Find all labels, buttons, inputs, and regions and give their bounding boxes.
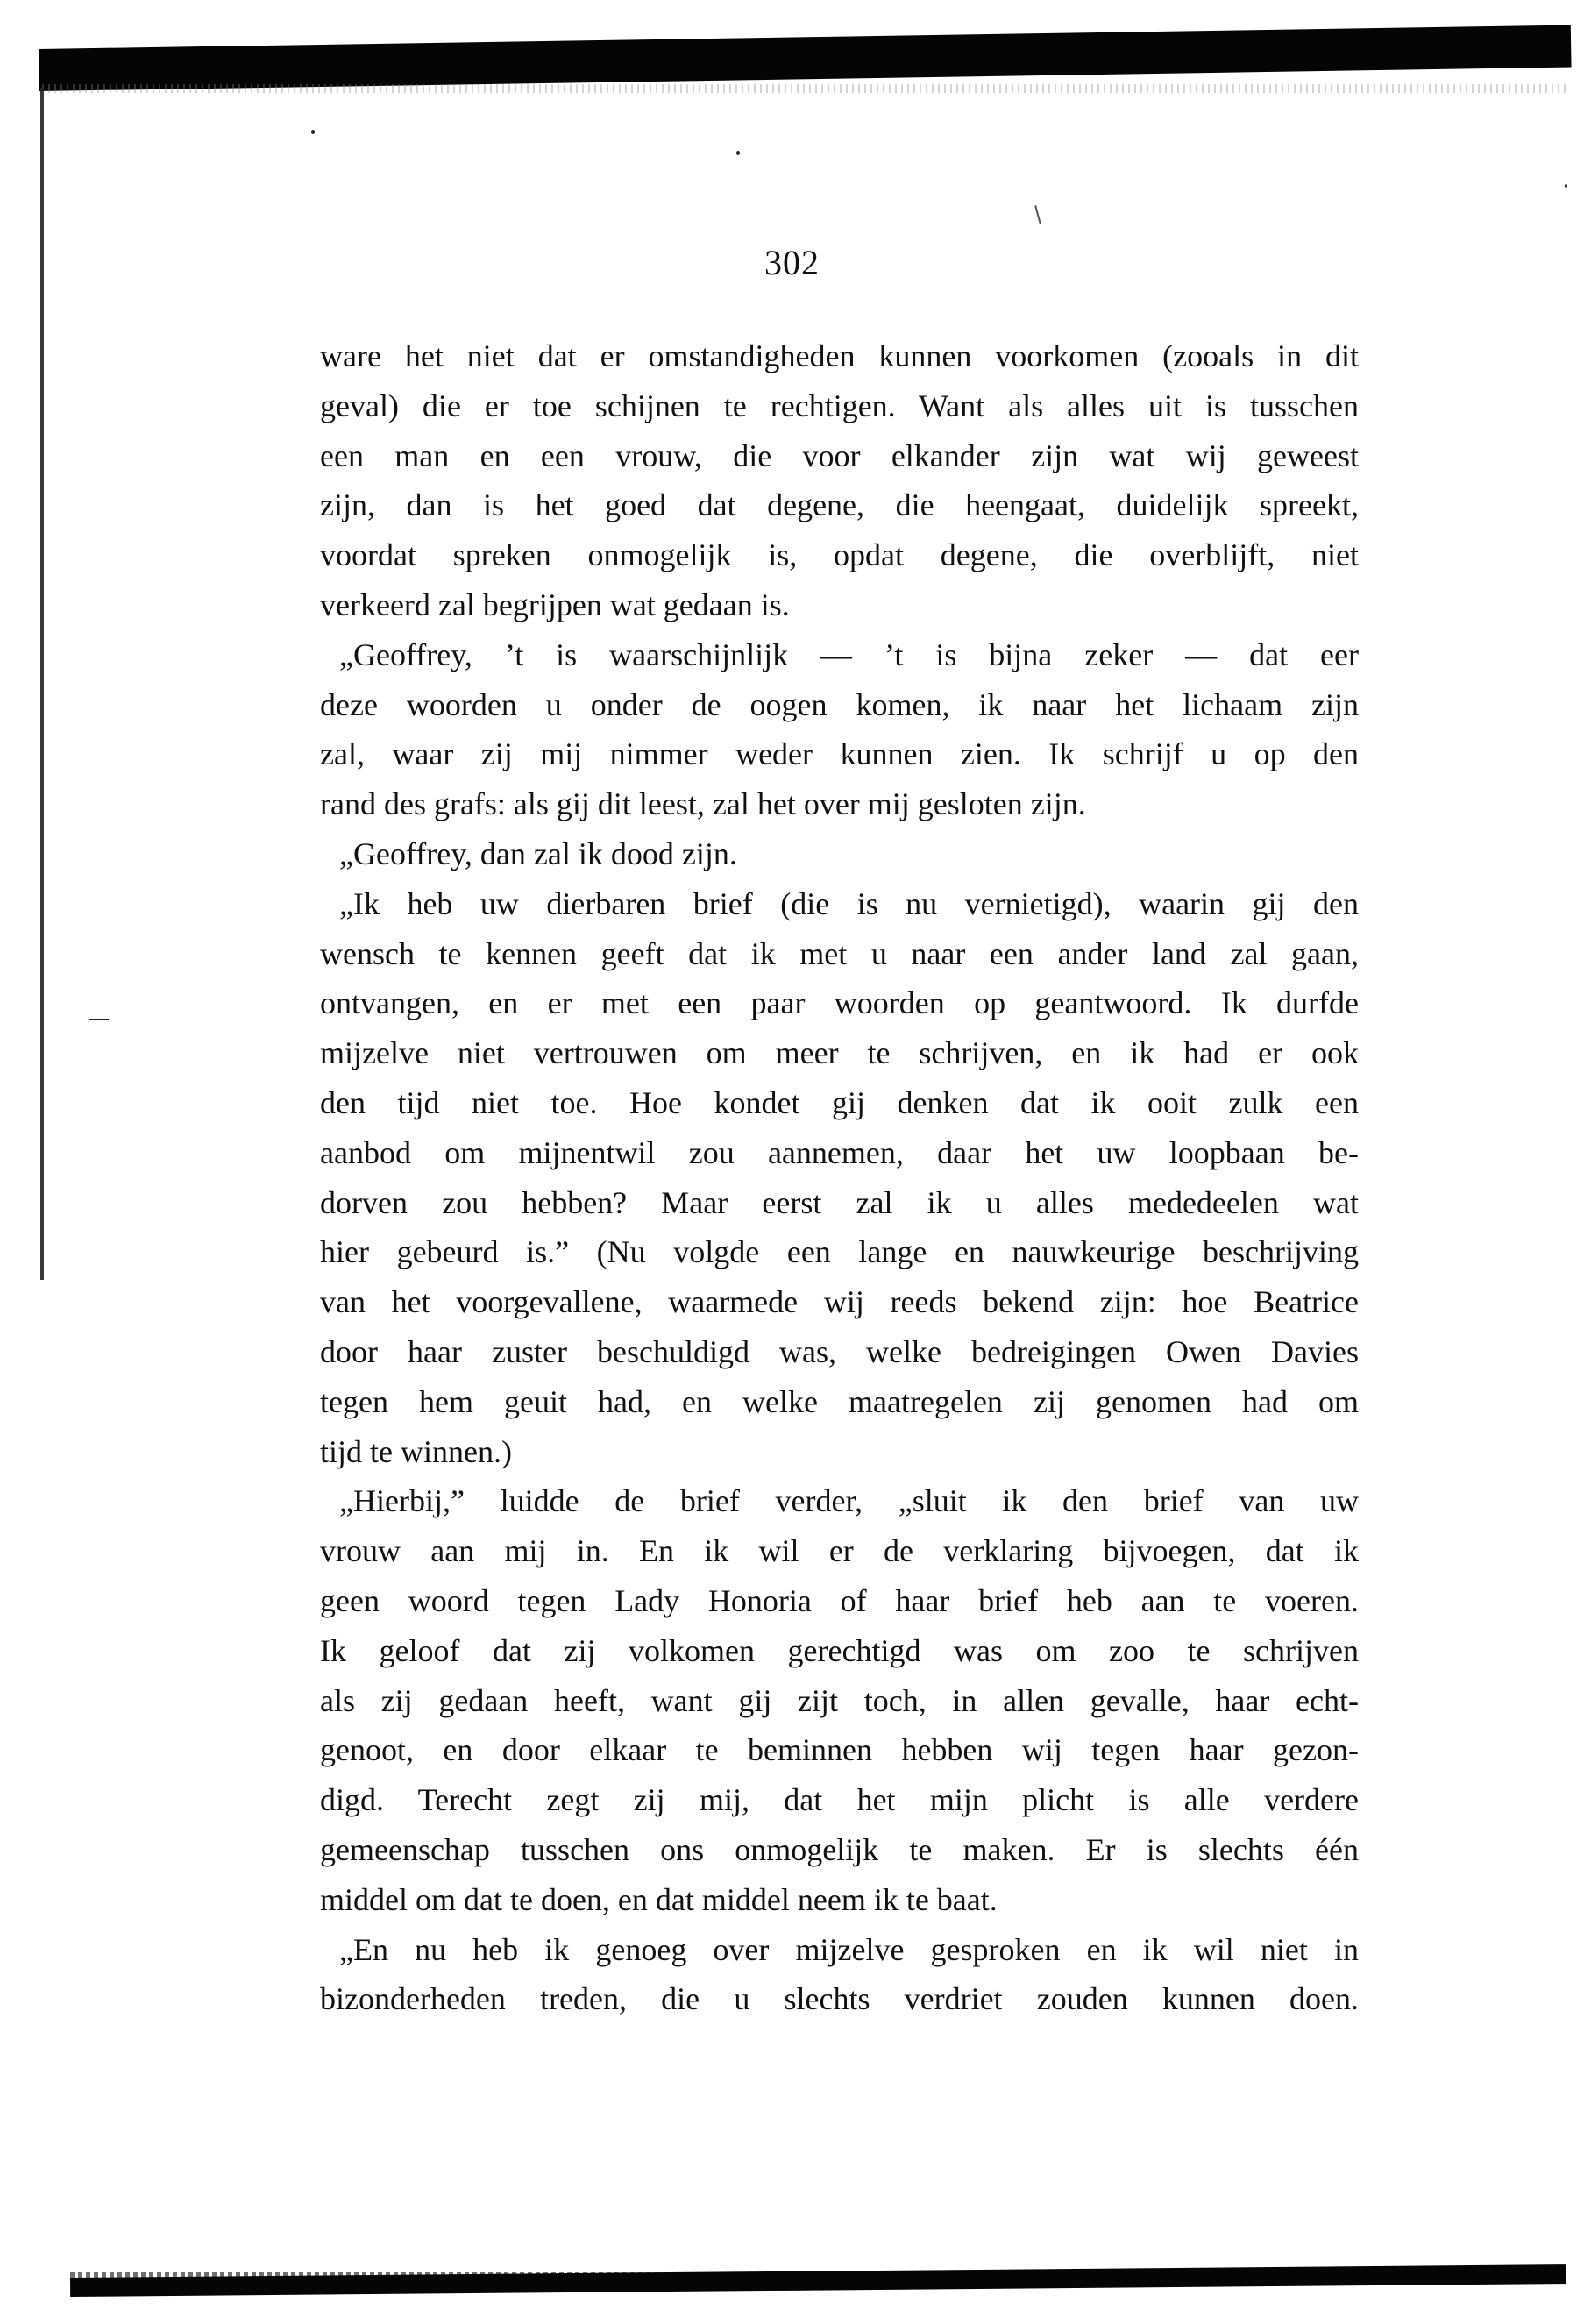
text-line: bizonderheden treden, die u slechts verd…: [320, 1974, 1359, 2024]
paragraph: „En nu heb ik genoeg over mijzelve gespr…: [320, 1925, 1359, 2025]
body-text: ware het niet dat er omstandigheden kunn…: [320, 331, 1359, 2024]
text-line: middel om dat te doen, en dat middel nee…: [320, 1875, 1359, 1925]
scan-top-border-noise: [42, 84, 1567, 93]
text-line: deze woorden u onder de oogen komen, ik …: [320, 680, 1359, 730]
text-line: vrouw aan mij in. En ik wil er de verkla…: [320, 1526, 1359, 1576]
text-line: wensch te kennen geeft dat ik met u naar…: [320, 929, 1359, 979]
text-line: ontvangen, en er met een paar woorden op…: [320, 978, 1359, 1028]
text-line: „En nu heb ik genoeg over mijzelve gespr…: [320, 1925, 1359, 1975]
text-line: een man en een vrouw, die voor elkander …: [320, 431, 1359, 481]
text-line: ware het niet dat er omstandigheden kunn…: [320, 331, 1359, 381]
text-line: zijn, dan is het goed dat degene, die he…: [320, 480, 1359, 530]
text-line: dorven zou hebben? Maar eerst zal ik u a…: [320, 1178, 1359, 1228]
text-line: aanbod om mijnentwil zou aannemen, daar …: [320, 1128, 1359, 1178]
paragraph: „Hierbij,” luidde de brief verder, „slui…: [320, 1476, 1359, 1924]
text-line: genoot, en door elkaar te beminnen hebbe…: [320, 1725, 1359, 1775]
scan-bottom-border: [70, 2264, 1566, 2297]
text-line: hier gebeurd is.” (Nu volgde een lange e…: [320, 1227, 1359, 1277]
scan-speck: [1565, 184, 1567, 188]
paragraph: „Geoffrey, ’t is waarschijnlijk — ’t is …: [320, 630, 1359, 829]
text-line: rand des grafs: als gij dit leest, zal h…: [320, 779, 1359, 829]
text-line: geval) die er toe schijnen te rechtigen.…: [320, 381, 1359, 431]
text-line: mijzelve niet vertrouwen om meer te schr…: [320, 1028, 1359, 1078]
text-line: verkeerd zal begrijpen wat gedaan is.: [320, 580, 1359, 630]
text-line: „Geoffrey, dan zal ik dood zijn.: [320, 829, 1359, 879]
text-line: digd. Terecht zegt zij mij, dat het mijn…: [320, 1775, 1359, 1825]
text-line: Ik geloof dat zij volkomen gerechtigd wa…: [320, 1626, 1359, 1676]
text-line: gemeenschap tusschen ons onmogelijk te m…: [320, 1825, 1359, 1875]
scan-speck: [311, 130, 315, 134]
text-line: „Geoffrey, ’t is waarschijnlijk — ’t is …: [320, 630, 1359, 680]
text-line: geen woord tegen Lady Honoria of haar br…: [320, 1576, 1359, 1626]
paragraph: „Ik heb uw dierbaren brief (die is nu ve…: [320, 879, 1359, 1477]
page-number: 302: [0, 242, 1584, 283]
text-line: van het voorgevallene, waarmede wij reed…: [320, 1277, 1359, 1327]
scan-speck: [89, 1019, 109, 1020]
paragraph: ware het niet dat er omstandigheden kunn…: [320, 331, 1359, 630]
text-line: tegen hem geuit had, en welke maatregele…: [320, 1377, 1359, 1427]
text-line: zal, waar zij mij nimmer weder kunnen zi…: [320, 729, 1359, 779]
text-line: door haar zuster beschuldigd was, welke …: [320, 1327, 1359, 1377]
paragraph: „Geoffrey, dan zal ik dood zijn.: [320, 829, 1359, 879]
text-line: tijd te winnen.): [320, 1427, 1359, 1477]
scan-speck: [1034, 205, 1041, 224]
scan-top-border: [39, 25, 1572, 91]
text-line: „Ik heb uw dierbaren brief (die is nu ve…: [320, 879, 1359, 929]
scan-speck: [736, 151, 740, 155]
text-line: als zij gedaan heeft, want gij zijt toch…: [320, 1676, 1359, 1726]
text-line: voordat spreken onmogelijk is, opdat deg…: [320, 530, 1359, 580]
text-line: „Hierbij,” luidde de brief verder, „slui…: [320, 1476, 1359, 1526]
text-line: den tijd niet toe. Hoe kondet gij denken…: [320, 1078, 1359, 1128]
